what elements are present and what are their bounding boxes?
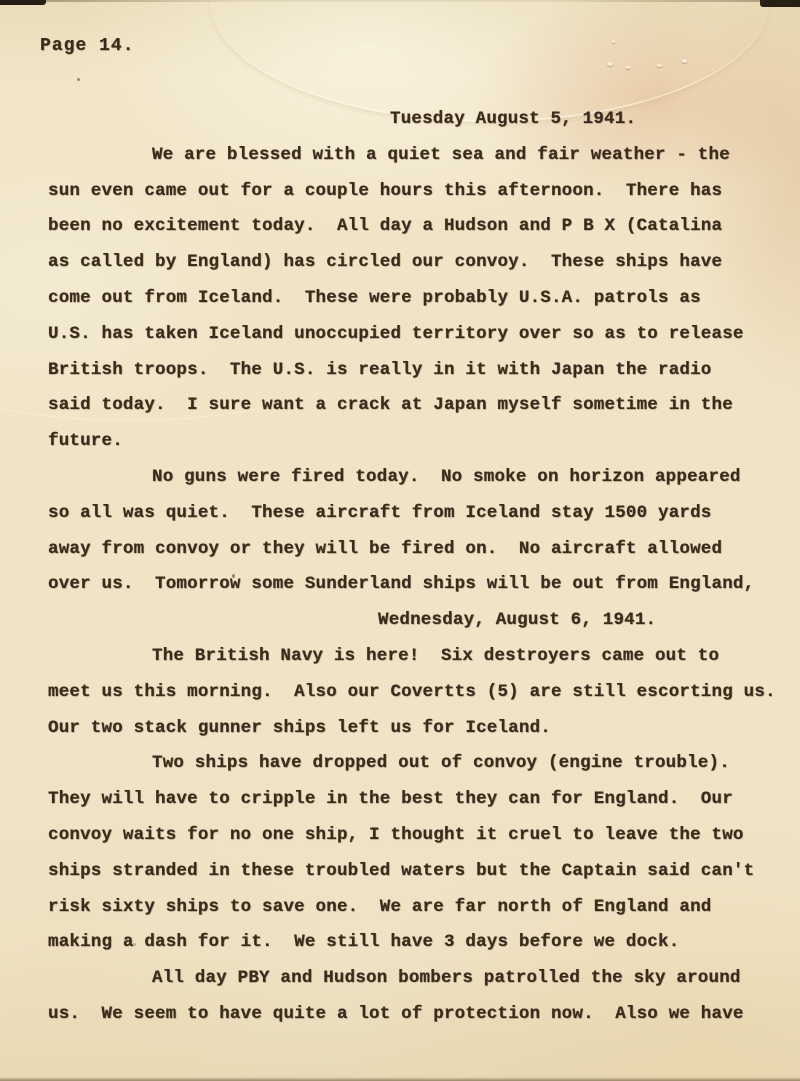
diary-line: us. We seem to have quite a lot of prote… — [48, 997, 790, 1033]
diary-line: future. — [48, 424, 790, 460]
diary-line: U.S. has taken Iceland unoccupied territ… — [48, 317, 790, 353]
ink-speck — [77, 78, 80, 81]
diary-line: said today. I sure want a crack at Japan… — [48, 388, 790, 424]
paper-speck — [612, 40, 615, 43]
diary-line: No guns were fired today. No smoke on ho… — [48, 460, 790, 496]
paper-speck — [607, 62, 613, 66]
diary-line: They will have to cripple in the best th… — [48, 782, 790, 818]
diary-line: We are blessed with a quiet sea and fair… — [48, 138, 790, 174]
diary-line: away from convoy or they will be fired o… — [48, 532, 790, 568]
diary-line: sun even came out for a couple hours thi… — [48, 174, 790, 210]
diary-line: Our two stack gunner ships left us for I… — [48, 711, 790, 747]
diary-text-block: Tuesday August 5, 1941. We are blessed w… — [48, 102, 790, 1033]
paper-speck — [657, 64, 662, 67]
diary-line: over us. Tomorrow some Sunderland ships … — [48, 567, 790, 603]
page-number: Page 14. — [40, 36, 134, 56]
photo-edge-dark-top-left — [0, 0, 46, 5]
diary-line: come out from Iceland. These were probab… — [48, 281, 790, 317]
diary-line: British troops. The U.S. is really in it… — [48, 353, 790, 389]
photo-bottom-edge — [0, 1077, 800, 1081]
entry-date-aug-6: Wednesday, August 6, 1941. — [48, 603, 790, 639]
diary-line: been no excitement today. All day a Huds… — [48, 209, 790, 245]
entry-date-aug-5: Tuesday August 5, 1941. — [48, 102, 790, 138]
diary-line: The British Navy is here! Six destroyers… — [48, 639, 790, 675]
photo-top-edge — [0, 0, 800, 2]
diary-line: so all was quiet. These aircraft from Ic… — [48, 496, 790, 532]
paper-speck — [682, 59, 687, 63]
diary-line: meet us this morning. Also our Covertts … — [48, 675, 790, 711]
paper-speck — [626, 66, 630, 69]
diary-line: making a dash for it. We still have 3 da… — [48, 925, 790, 961]
diary-line: All day PBY and Hudson bombers patrolled… — [48, 961, 790, 997]
diary-line: Two ships have dropped out of convoy (en… — [48, 746, 790, 782]
diary-line: risk sixty ships to save one. We are far… — [48, 890, 790, 926]
diary-line: convoy waits for no one ship, I thought … — [48, 818, 790, 854]
photo-edge-dark-top-right — [760, 0, 800, 7]
typewritten-diary-page: Page 14. Tuesday August 5, 1941. We are … — [0, 0, 800, 1081]
diary-line: as called by England) has circled our co… — [48, 245, 790, 281]
diary-line: ships stranded in these troubled waters … — [48, 854, 790, 890]
